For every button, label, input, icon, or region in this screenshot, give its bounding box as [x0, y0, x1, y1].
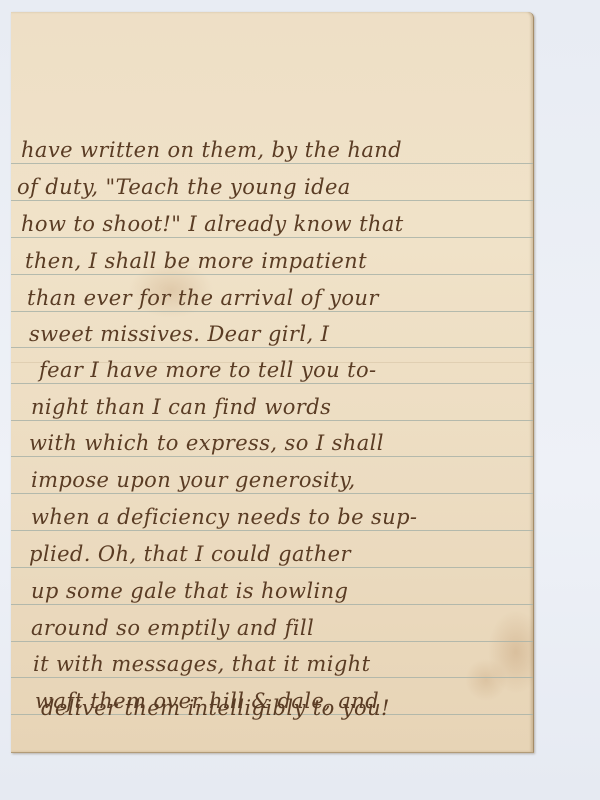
handwritten-line: plied. Oh, that I could gather: [11, 536, 551, 572]
handwritten-line: with which to express, so I shall: [11, 425, 551, 461]
handwritten-line: of duty, "Teach the young idea: [11, 169, 539, 205]
handwritten-line: when a deficiency needs to be sup-: [11, 499, 553, 535]
handwritten-line: than ever for the arrival of your: [11, 280, 549, 316]
handwritten-line: how to shoot!" I already know that: [11, 206, 543, 242]
handwritten-line: fear I have more to tell you to-: [11, 352, 561, 388]
handwritten-line: impose upon your generosity,: [11, 462, 553, 498]
handwritten-line: deliver them intelligibly to you!: [11, 690, 563, 726]
letter-page: have written on them, by the hand of dut…: [11, 12, 534, 753]
handwritten-line: it with messages, that it might: [11, 646, 555, 682]
handwritten-line: around so emptily and fill: [11, 610, 553, 646]
handwritten-line: sweet missives. Dear girl, I: [11, 316, 551, 352]
handwritten-line: up some gale that is howling: [11, 573, 553, 609]
handwritten-line: then, I shall be more impatient: [11, 243, 547, 279]
handwritten-line: night than I can find words: [11, 389, 553, 425]
handwritten-line: have written on them, by the hand: [11, 132, 543, 168]
